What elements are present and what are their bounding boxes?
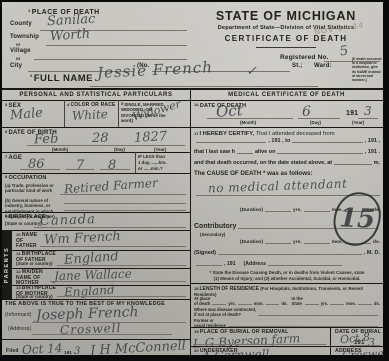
row-divider — [190, 127, 383, 128]
rule — [64, 210, 186, 211]
age-label: 7AGE — [5, 155, 22, 162]
in-state-label: In theState — [292, 296, 303, 306]
color-race-value-handwritten: White — [72, 107, 109, 123]
rule — [27, 145, 185, 146]
or-label: or — [16, 42, 20, 47]
if-less-note-line2: 1 day, ......hrs. — [138, 160, 167, 165]
fill-line — [212, 304, 226, 305]
day-sublabel: (Day) — [310, 120, 321, 125]
undertaker-value-handwritten: A Cornwell — [202, 347, 270, 355]
registrar-signature-handwritten: J H McConnell — [90, 338, 187, 355]
death-year-printed: 191 — [346, 110, 358, 118]
street-label: St.; — [292, 63, 302, 70]
rule — [20, 169, 60, 170]
fill-line — [277, 153, 362, 154]
row-divider — [2, 299, 190, 300]
fill-line — [265, 211, 291, 212]
audit-mark-value: 15 — [338, 203, 375, 234]
filed-label: Filed — [6, 349, 19, 355]
cell-divider — [135, 152, 136, 173]
or-label: or — [16, 56, 20, 61]
cause-of-death-value-handwritten: no medical attendant — [208, 177, 348, 196]
row-divider — [2, 173, 190, 174]
certify-line-2: , 191 , to, 191 , — [194, 138, 380, 144]
registered-no-label: Registered No. — [280, 54, 329, 61]
sex-value-handwritten: Male — [9, 106, 43, 124]
cell-divider — [118, 100, 119, 127]
undertaker-address-value-handwritten: Croswell — [342, 347, 383, 355]
secondary-sublabel: (Secondary) — [200, 232, 225, 237]
township-label: Township — [10, 34, 39, 41]
footnote-line-1: * State the Disease Causing Death, or in… — [194, 270, 380, 276]
father-name-label: 10NAME OF FATHER — [16, 233, 42, 250]
contracted-label: Where was disease contracted,if not at p… — [194, 307, 256, 317]
fill-line — [258, 315, 378, 316]
rule — [46, 45, 187, 46]
county-label: County — [10, 21, 32, 28]
rule — [256, 47, 316, 48]
rule — [57, 296, 186, 297]
rule — [66, 169, 94, 170]
certify-line-1: 17I HEREBY CERTIFY, That I attended dece… — [194, 131, 380, 137]
cell-divider — [64, 100, 65, 127]
fill-line — [218, 254, 362, 255]
city-label: City — [10, 63, 22, 70]
field-number: 1 — [28, 8, 31, 13]
township-value-handwritten: Worth — [50, 27, 91, 45]
father-birthplace-sublabel: (State or country) — [16, 261, 53, 266]
cell-divider — [330, 327, 331, 355]
informant-value-handwritten: Joseph French — [36, 304, 139, 324]
row-divider — [2, 127, 190, 128]
certify-line-3: that I last saw halive on, 191 . — [194, 149, 380, 155]
filed-year-printed: 191 — [64, 351, 72, 355]
signed-date-address-line: , 191(Address — [194, 261, 344, 267]
birth-year-handwritten: 1827 — [134, 129, 168, 146]
if-less-note-line1: IF LESS than — [138, 154, 165, 159]
field-number: 2 — [30, 73, 33, 78]
rule — [193, 344, 326, 345]
check-mark: ✓ — [246, 64, 257, 79]
registered-no-value-handwritten: 5 — [339, 43, 350, 59]
age-months-handwritten: 7 — [76, 158, 84, 173]
rule — [40, 246, 186, 247]
section-divider — [2, 100, 383, 101]
informant-label: (Informant) — [5, 313, 32, 319]
certify-line-4: and that death occurred, on the date sta… — [194, 160, 380, 166]
village-label: Village — [10, 48, 31, 55]
footnote-line-2: (1) Means of Injury; and (2) whether Acc… — [194, 276, 380, 282]
rule — [34, 227, 186, 228]
rule — [57, 265, 186, 266]
full-name-label: 2FULL NAME — [30, 74, 93, 84]
left-section-title: PERSONAL AND STATISTICAL PARTICULARS — [2, 92, 190, 99]
row-divider — [190, 346, 383, 347]
footnote: * State the Disease Causing Death, or in… — [194, 270, 380, 281]
row-divider — [190, 283, 383, 284]
signed-line: (Signed), M. D. — [194, 250, 380, 256]
right-section-title: MEDICAL CERTIFICATE OF DEATH — [190, 92, 383, 99]
occupation-a-label: (a) Trade, profession or particular kind… — [5, 183, 60, 194]
death-certificate-scan: 1PLACE OF DEATH County Sanilac Township … — [2, 2, 383, 355]
age-days-handwritten: 8 — [108, 158, 116, 173]
occupation-label: 8OCCUPATION — [5, 175, 47, 181]
rule — [50, 281, 186, 282]
residence-duration-line: At placeof death yrs. mos. ds. In theSta… — [194, 296, 380, 306]
month-sublabel: (Month) — [240, 120, 256, 125]
fill-line — [268, 265, 342, 266]
disease-contracted-line: Where was disease contracted,if not at p… — [194, 307, 380, 317]
cause-of-death-label: The CAUSE OF DEATH * was as follows: — [194, 170, 380, 177]
rule — [64, 203, 186, 204]
fill-line — [305, 304, 319, 305]
at-place-label: At placeof death — [194, 296, 210, 306]
fill-line — [304, 243, 330, 244]
screenshot-root: { "document": { "stamp": "NOV 3 - 14", "… — [0, 0, 389, 361]
birthplace-sublabel: (State or country) — [5, 221, 42, 226]
row-divider — [2, 152, 190, 153]
rule — [358, 118, 378, 119]
if-less-note-line3: or ......min.? — [138, 166, 163, 171]
fill-line — [304, 211, 330, 212]
fill-line — [334, 164, 371, 165]
year-sublabel: (Year) — [352, 120, 364, 125]
death-year-suffix-handwritten: 3 — [364, 104, 372, 118]
fill-line — [237, 153, 253, 154]
rule — [32, 334, 172, 335]
certificate-title: CERTIFICATE OF DEATH — [192, 35, 380, 44]
full-name-value-handwritten: Jessie French — [97, 58, 214, 82]
column-divider — [190, 88, 191, 355]
rule — [298, 118, 340, 119]
rule — [100, 169, 130, 170]
row-divider — [190, 327, 383, 328]
filed-date-handwritten: Oct 14 — [22, 341, 63, 355]
row-divider — [2, 212, 190, 213]
fill-line — [266, 304, 280, 305]
filed-year-suffix-handwritten: 3 — [74, 346, 80, 355]
fill-line — [196, 142, 266, 143]
ward-label: Ward: — [314, 63, 332, 70]
rule — [207, 118, 293, 119]
fill-line — [292, 142, 362, 143]
fill-line — [265, 243, 291, 244]
informant-address-label: (Address) — [8, 327, 31, 333]
parents-sidebar: PARENTS — [2, 230, 12, 299]
fill-line — [358, 304, 372, 305]
parents-label: PARENTS — [4, 246, 10, 282]
rule — [60, 194, 186, 195]
rule — [90, 86, 318, 87]
hospital-note: [If death occurred in a hospital or inst… — [352, 57, 382, 82]
fill-line — [330, 304, 344, 305]
fill-line — [238, 304, 252, 305]
fill-line — [196, 265, 222, 266]
birth-day-handwritten: 28 — [92, 131, 109, 146]
section-divider — [2, 88, 383, 90]
